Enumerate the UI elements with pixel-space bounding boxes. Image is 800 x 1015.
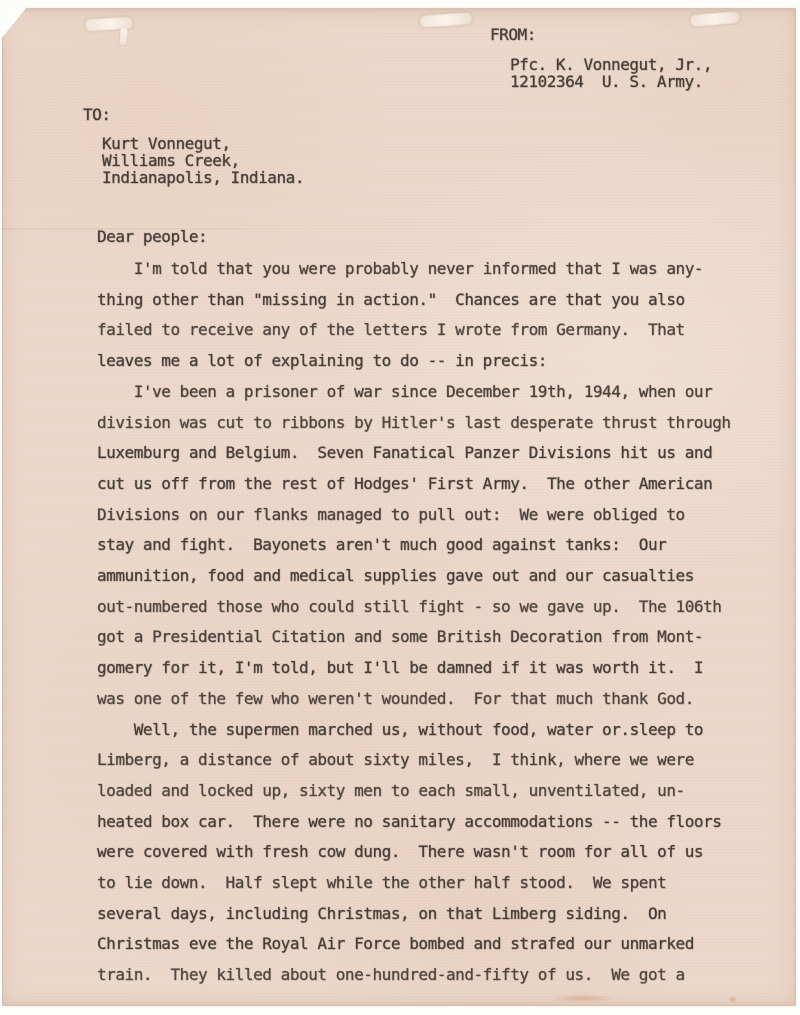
letter-line: leaves me a lot of explaining to do -- i… [97, 346, 731, 377]
tape-mark-left [85, 17, 134, 31]
letter-line: train. They killed about one-hundred-and… [97, 960, 731, 991]
letter-line: out-numbered those who could still fight… [97, 592, 731, 623]
from-address-line: 12102364 U. S. Army. [510, 73, 712, 90]
letter-line: failed to receive any of the letters I w… [97, 315, 731, 346]
letter-line: Divisions on our flanks managed to pull … [97, 500, 731, 531]
letter-line: loaded and locked up, sixty men to each … [97, 776, 731, 807]
stain-bottom-center [550, 994, 616, 1003]
to-address-line: Indianapolis, Indiana. [102, 169, 304, 186]
letter-line: several days, including Christmas, on th… [97, 899, 731, 930]
letter-line: got a Presidential Citation and some Bri… [97, 622, 731, 653]
scan-backdrop: FROM: Pfc. K. Vonnegut, Jr.,12102364 U. … [0, 0, 800, 1015]
torn-corner [1, 7, 27, 39]
letter-line: ammunition, food and medical supplies ga… [97, 561, 731, 592]
letter-line: to lie down. Half slept while the other … [97, 868, 731, 899]
letter-line: cut us off from the rest of Hodges' Firs… [97, 469, 731, 500]
letter-page: FROM: Pfc. K. Vonnegut, Jr.,12102364 U. … [2, 8, 796, 1006]
letter-line: I've been a prisoner of war since Decemb… [97, 377, 731, 408]
letter-line: Well, the supermen marched us, without f… [97, 715, 731, 746]
letter-line: was one of the few who weren't wounded. … [97, 684, 731, 715]
to-address-line: Kurt Vonnegut, [102, 135, 304, 152]
letter-body: I'm told that you were probably never in… [97, 254, 731, 991]
from-label: FROM: [490, 25, 536, 44]
letter-line: Luxemburg and Belgium. Seven Fanatical P… [97, 438, 731, 469]
salutation: Dear people: [97, 227, 207, 246]
letter-line: thing other than "missing in action." Ch… [97, 285, 731, 316]
letter-line: Christmas eve the Royal Air Force bombed… [97, 929, 731, 960]
to-label: TO: [83, 105, 111, 124]
to-address: Kurt Vonnegut,Williams Creek,Indianapoli… [102, 135, 304, 187]
letter-line: Limberg, a distance of about sixty miles… [97, 745, 731, 776]
tape-residue-drip [119, 28, 127, 45]
letter-line: were covered with fresh cow dung. There … [97, 837, 731, 868]
letter-line: I'm told that you were probably never in… [97, 254, 731, 285]
to-address-line: Williams Creek, [102, 152, 304, 169]
letter-line: stay and fight. Bayonets aren't much goo… [97, 530, 731, 561]
letter-line: heated box car. There were no sanitary a… [97, 807, 731, 838]
letter-line: division was cut to ribbons by Hitler's … [97, 408, 731, 439]
tape-mark-center [420, 12, 473, 28]
tape-mark-right [690, 11, 741, 27]
from-address: Pfc. K. Vonnegut, Jr.,12102364 U. S. Arm… [510, 56, 712, 90]
letter-line: gomery for it, I'm told, but I'll be dam… [97, 653, 731, 684]
stain-bottom-right [728, 996, 737, 1003]
from-address-line: Pfc. K. Vonnegut, Jr., [510, 56, 712, 73]
